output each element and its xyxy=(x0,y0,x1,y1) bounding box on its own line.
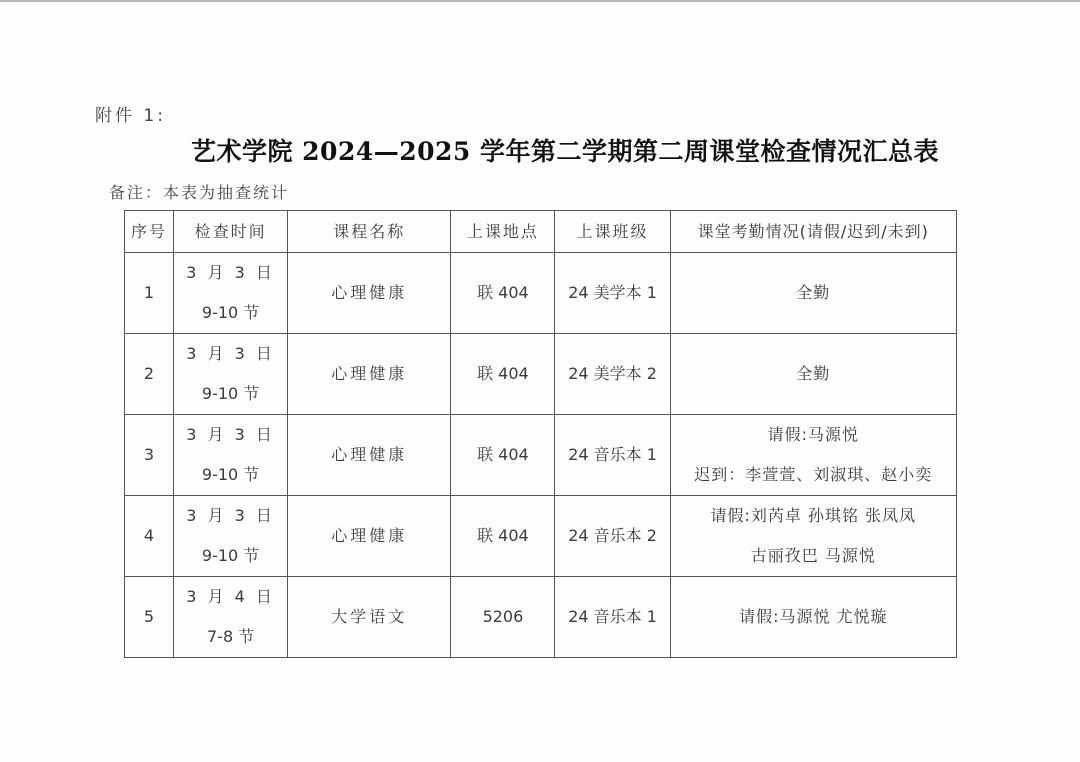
document-title: 艺术学院 2024—2025 学年第二学期第二周课堂检查情况汇总表 xyxy=(0,132,1080,168)
attendance-line: 全勤 xyxy=(671,273,956,313)
table-header-row: 序号 检查时间 课程名称 上课地点 上课班级 课堂考勤情况(请假/迟到/未到) xyxy=(125,211,957,253)
header-course: 课程名称 xyxy=(288,211,451,253)
cell-course: 心理健康 xyxy=(288,253,451,334)
remark-note: 备注：本表为抽查统计 xyxy=(109,180,289,203)
cell-place: 5206 xyxy=(451,577,555,658)
cell-course: 大学语文 xyxy=(288,577,451,658)
cell-period: 7-8 节 xyxy=(174,617,287,657)
cell-period: 9-10 节 xyxy=(174,374,287,414)
attendance-leave-line: 请假:刘芮卓 孙琪铭 张凤凤 xyxy=(671,496,956,536)
cell-attendance: 请假:马源悦 尤悦璇 xyxy=(670,577,956,658)
attendance-leave-line-cont: 古丽孜巴 马源悦 xyxy=(671,536,956,576)
cell-time: 3 月 3 日 9-10 节 xyxy=(174,253,288,334)
cell-time: 3 月 3 日 9-10 节 xyxy=(174,415,288,496)
cell-period: 9-10 节 xyxy=(174,455,287,495)
cell-no: 2 xyxy=(125,334,174,415)
cell-date: 3 月 4 日 xyxy=(174,577,287,617)
attendance-late-line: 迟到：李萱萱、刘淑琪、赵小奕 xyxy=(671,455,956,495)
attachment-label: 附件 1: xyxy=(95,101,166,126)
cell-date: 3 月 3 日 xyxy=(174,334,287,374)
cell-period: 9-10 节 xyxy=(174,293,287,333)
header-place: 上课地点 xyxy=(451,211,555,253)
cell-no: 3 xyxy=(125,415,174,496)
cell-no: 1 xyxy=(125,253,174,334)
header-class: 上课班级 xyxy=(555,211,670,253)
table-row: 4 3 月 3 日 9-10 节 心理健康 联 404 24 音乐本 2 请假:… xyxy=(125,496,957,577)
table-row: 1 3 月 3 日 9-10 节 心理健康 联 404 24 美学本 1 全勤 xyxy=(125,253,957,334)
cell-no: 5 xyxy=(125,577,174,658)
cell-course: 心理健康 xyxy=(288,334,451,415)
cell-place: 联 404 xyxy=(451,334,555,415)
cell-place: 联 404 xyxy=(451,415,555,496)
attendance-leave-line: 请假:马源悦 xyxy=(671,415,956,455)
header-no: 序号 xyxy=(125,211,174,253)
cell-time: 3 月 3 日 9-10 节 xyxy=(174,334,288,415)
cell-class: 24 音乐本 1 xyxy=(555,415,670,496)
table-row: 2 3 月 3 日 9-10 节 心理健康 联 404 24 美学本 2 全勤 xyxy=(125,334,957,415)
header-attendance: 课堂考勤情况(请假/迟到/未到) xyxy=(670,211,956,253)
page-top-edge xyxy=(0,0,1080,2)
cell-class: 24 美学本 1 xyxy=(555,253,670,334)
header-time: 检查时间 xyxy=(174,211,288,253)
cell-date: 3 月 3 日 xyxy=(174,253,287,293)
cell-place: 联 404 xyxy=(451,253,555,334)
cell-attendance: 请假:刘芮卓 孙琪铭 张凤凤 古丽孜巴 马源悦 xyxy=(670,496,956,577)
cell-course: 心理健康 xyxy=(288,415,451,496)
cell-course: 心理健康 xyxy=(288,496,451,577)
cell-class: 24 音乐本 2 xyxy=(555,496,670,577)
cell-class: 24 音乐本 1 xyxy=(555,577,670,658)
cell-date: 3 月 3 日 xyxy=(174,496,287,536)
table-row: 3 3 月 3 日 9-10 节 心理健康 联 404 24 音乐本 1 请假:… xyxy=(125,415,957,496)
attendance-line: 全勤 xyxy=(671,354,956,394)
cell-class: 24 美学本 2 xyxy=(555,334,670,415)
cell-period: 9-10 节 xyxy=(174,536,287,576)
cell-time: 3 月 3 日 9-10 节 xyxy=(174,496,288,577)
cell-attendance: 请假:马源悦 迟到：李萱萱、刘淑琪、赵小奕 xyxy=(670,415,956,496)
cell-attendance: 全勤 xyxy=(670,253,956,334)
attendance-line: 请假:马源悦 尤悦璇 xyxy=(671,597,956,637)
cell-place: 联 404 xyxy=(451,496,555,577)
inspection-summary-table: 序号 检查时间 课程名称 上课地点 上课班级 课堂考勤情况(请假/迟到/未到) … xyxy=(124,210,957,658)
cell-date: 3 月 3 日 xyxy=(174,415,287,455)
cell-time: 3 月 4 日 7-8 节 xyxy=(174,577,288,658)
cell-attendance: 全勤 xyxy=(670,334,956,415)
cell-no: 4 xyxy=(125,496,174,577)
table-row: 5 3 月 4 日 7-8 节 大学语文 5206 24 音乐本 1 请假:马源… xyxy=(125,577,957,658)
